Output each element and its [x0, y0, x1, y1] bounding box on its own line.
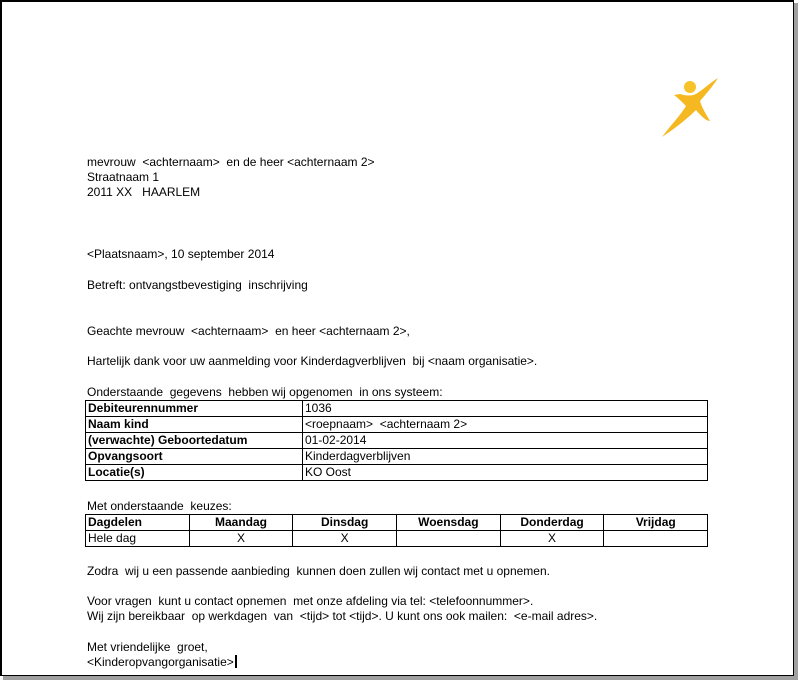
choices-header: Dinsdag — [293, 515, 397, 531]
signature: <Kinderopvangorganisatie> — [87, 655, 234, 669]
salutation: Geachte mevrouw <achternaam> en heer <ac… — [87, 324, 410, 338]
choices-header: Woensdag — [396, 515, 500, 531]
choices-cell — [604, 531, 708, 547]
choices-intro: Met onderstaande keuzes: — [87, 499, 232, 513]
info-row: Debiteurennummer1036 — [86, 401, 708, 417]
choices-cell — [396, 531, 500, 547]
choices-header: Dagdelen — [86, 515, 190, 531]
address-line-1: mevrouw <achternaam> en de heer <achtern… — [87, 155, 375, 169]
followup-paragraph: Zodra wij u een passende aanbieding kunn… — [87, 564, 550, 578]
info-value: <roepnaam> <achternaam 2> — [303, 417, 708, 433]
address-line-2: Straatnaam 1 — [87, 170, 159, 184]
text-cursor — [235, 655, 237, 668]
contact-line-1: Voor vragen kunt u contact opnemen met o… — [87, 594, 533, 608]
subject-line: Betreft: ontvangstbevestiging inschrijvi… — [87, 278, 308, 292]
registration-info-table: Debiteurennummer1036Naam kind<roepnaam> … — [85, 400, 708, 481]
page-shadow-bottom — [3, 676, 798, 680]
info-value: 1036 — [303, 401, 708, 417]
choices-cell: X — [500, 531, 604, 547]
choices-header: Donderdag — [500, 515, 604, 531]
choices-header: Maandag — [189, 515, 293, 531]
info-row: OpvangsoortKinderdagverblijven — [86, 449, 708, 465]
info-intro: Onderstaande gegevens hebben wij opgenom… — [87, 385, 443, 399]
page-shadow-right — [794, 3, 798, 679]
info-label: (verwachte) Geboortedatum — [86, 433, 303, 449]
info-label: Locatie(s) — [86, 465, 303, 481]
info-row: Locatie(s)KO Oost — [86, 465, 708, 481]
info-row: Naam kind<roepnaam> <achternaam 2> — [86, 417, 708, 433]
contact-line-2: Wij zijn bereikbaar op werkdagen van <ti… — [87, 609, 597, 623]
address-line-3: 2011 XX HAARLEM — [87, 185, 200, 199]
info-label: Opvangsoort — [86, 449, 303, 465]
info-row: (verwachte) Geboortedatum01-02-2014 — [86, 433, 708, 449]
choices-row: Hele dagXXX — [86, 531, 708, 547]
info-label: Debiteurennummer — [86, 401, 303, 417]
thanks-paragraph: Hartelijk dank voor uw aanmelding voor K… — [87, 354, 537, 368]
choices-cell: X — [293, 531, 397, 547]
info-value: Kinderdagverblijven — [303, 449, 708, 465]
signature-line[interactable]: <Kinderopvangorganisatie> — [87, 655, 237, 669]
info-value: KO Oost — [303, 465, 708, 481]
info-value: 01-02-2014 — [303, 433, 708, 449]
closing: Met vriendelijke groet, — [87, 640, 208, 654]
choices-header: Vrijdag — [604, 515, 708, 531]
info-label: Naam kind — [86, 417, 303, 433]
choices-cell: Hele dag — [86, 531, 190, 547]
jumping-person-logo-icon — [656, 74, 722, 140]
day-choices-table: DagdelenMaandagDinsdagWoensdagDonderdagV… — [85, 514, 708, 547]
choices-cell: X — [189, 531, 293, 547]
place-date: <Plaatsnaam>, 10 september 2014 — [87, 247, 274, 261]
